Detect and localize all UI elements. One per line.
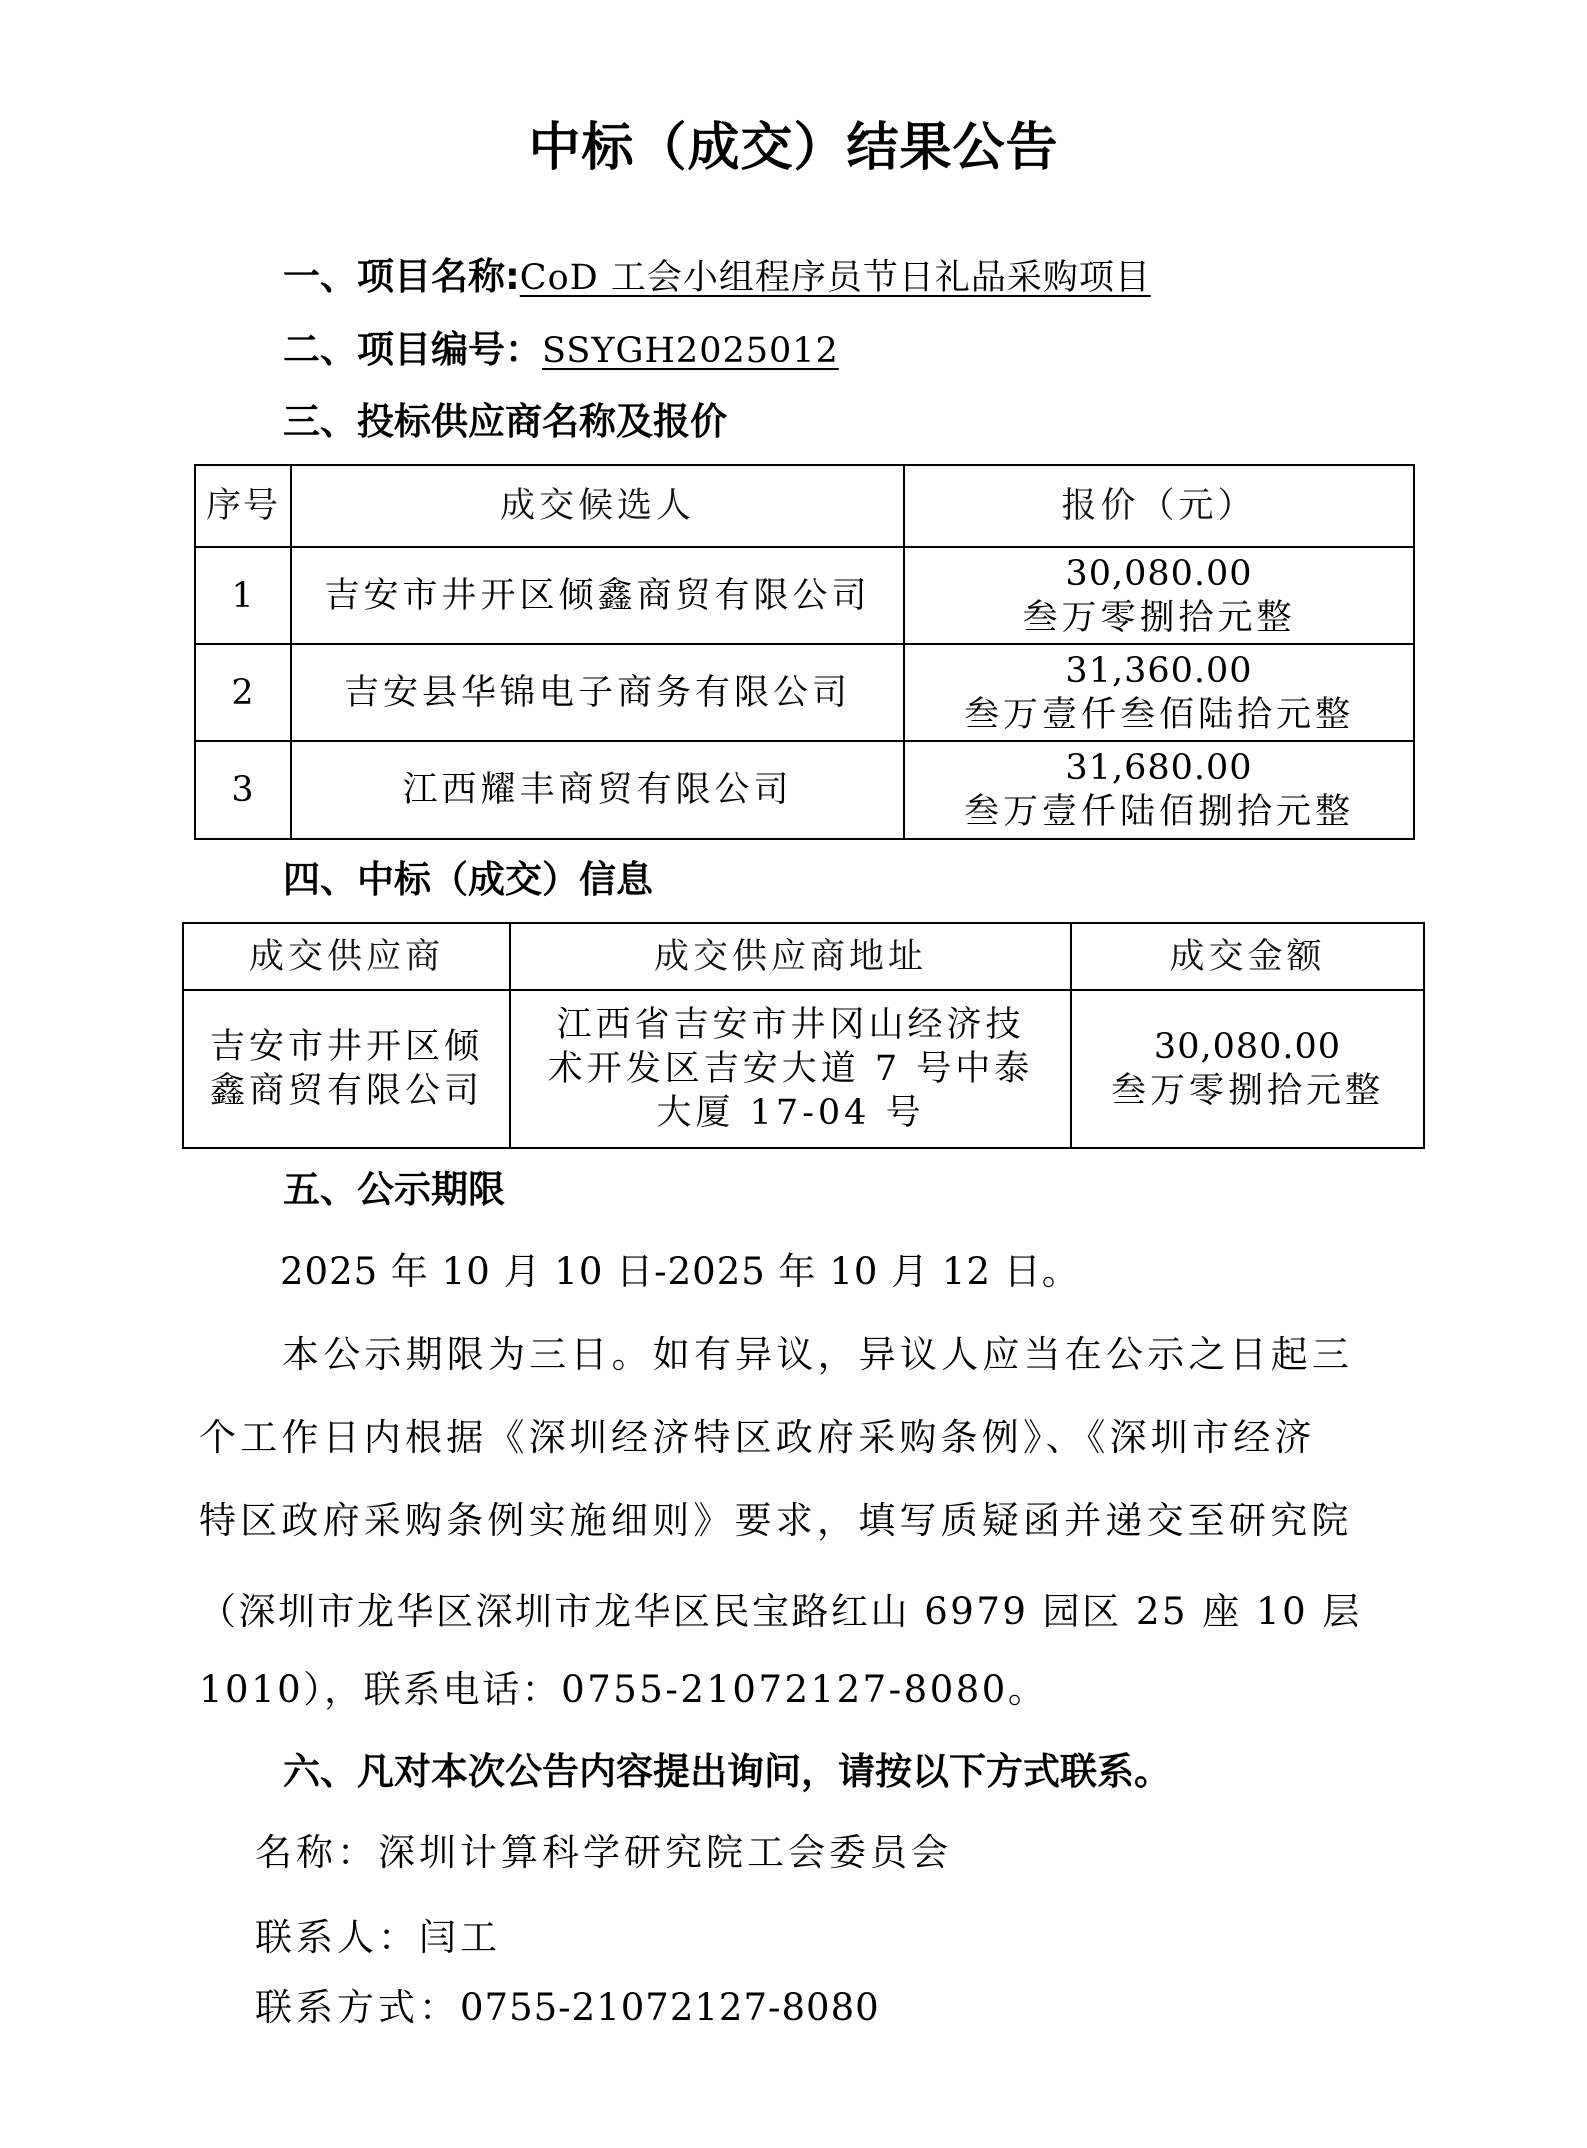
contact-person-value: 闫工 <box>419 1916 501 1959</box>
price-amount: 31,680.00 <box>905 746 1413 790</box>
header-supplier-address: 成交供应商地址 <box>510 923 1071 990</box>
contact-org: 名称：深圳计算科学研究院工会委员会 <box>255 1829 952 1877</box>
project-number-value: SSYGH2025012 <box>542 331 839 371</box>
section-contact-heading: 六、凡对本次公告内容提出询问，请按以下方式联系。 <box>283 1749 1171 1795</box>
award-amount-words: 叁万零捌拾元整 <box>1072 1069 1423 1113</box>
paragraph-line: （深圳市龙华区深圳市龙华区民宝路红山 6979 园区 25 座 10 层 <box>199 1588 1362 1636</box>
section-project-name: 一、项目名称:CoD 工会小组程序员节日礼品采购项目 <box>283 254 1151 300</box>
award-amount-value: 30,080.00 <box>1072 1025 1423 1069</box>
row-price: 31,360.00 叁万壹仟叁佰陆拾元整 <box>904 644 1414 741</box>
paragraph-line: 本公示期限为三日。如有异议，异议人应当在公示之日起三 <box>282 1331 1353 1379</box>
header-seq: 序号 <box>195 465 291 547</box>
paragraph-line: 1010），联系电话：0755-21072127-8080。 <box>199 1666 1047 1714</box>
contact-person-label: 联系人： <box>255 1916 419 1959</box>
contact-org-value: 深圳计算科学研究院工会委员会 <box>378 1831 952 1874</box>
table-row: 吉安市井开区倾 鑫商贸有限公司 江西省吉安市井冈山经济技 术开发区吉安大道 7 … <box>183 990 1424 1148</box>
project-number-label: 二、项目编号： <box>283 328 542 371</box>
price-amount-words: 叁万零捌拾元整 <box>905 596 1413 640</box>
row-seq: 3 <box>195 741 291 839</box>
section-bidders-heading: 三、投标供应商名称及报价 <box>283 399 727 445</box>
section-publicity-heading: 五、公示期限 <box>283 1167 505 1213</box>
paragraph-line: 特区政府采购条例实施细则》要求，填写质疑函并递交至研究院 <box>199 1497 1353 1545</box>
header-award-amount: 成交金额 <box>1071 923 1424 990</box>
row-seq: 2 <box>195 644 291 741</box>
contact-phone: 联系方式：0755-21072127-8080 <box>255 1984 880 2032</box>
address-line: 术开发区吉安大道 7 号中泰 <box>511 1047 1070 1091</box>
row-price: 30,080.00 叁万零捌拾元整 <box>904 547 1414 644</box>
contact-org-label: 名称： <box>255 1831 378 1874</box>
contact-phone-value: 0755-21072127-8080 <box>460 1986 880 2029</box>
row-candidate-name: 江西耀丰商贸有限公司 <box>291 741 904 839</box>
supplier-line: 鑫商贸有限公司 <box>184 1069 509 1113</box>
award-table: 成交供应商 成交供应商地址 成交金额 吉安市井开区倾 鑫商贸有限公司 江西省吉安… <box>182 922 1425 1149</box>
award-address: 江西省吉安市井冈山经济技 术开发区吉安大道 7 号中泰 大厦 17-04 号 <box>510 990 1071 1148</box>
supplier-line: 吉安市井开区倾 <box>184 1025 509 1069</box>
table-row: 1 吉安市井开区倾鑫商贸有限公司 30,080.00 叁万零捌拾元整 <box>195 547 1414 644</box>
row-price: 31,680.00 叁万壹仟陆佰捌拾元整 <box>904 741 1414 839</box>
row-candidate-name: 吉安县华锦电子商务有限公司 <box>291 644 904 741</box>
project-name-value: CoD 工会小组程序员节日礼品采购项目 <box>520 258 1151 298</box>
price-amount-words: 叁万壹仟叁佰陆拾元整 <box>905 693 1413 737</box>
price-amount: 31,360.00 <box>905 649 1413 693</box>
award-table-header: 成交供应商 成交供应商地址 成交金额 <box>183 923 1424 990</box>
price-amount-words: 叁万壹仟陆佰捌拾元整 <box>905 790 1413 834</box>
address-line: 江西省吉安市井冈山经济技 <box>511 1003 1070 1047</box>
bidders-table: 序号 成交候选人 报价（元） 1 吉安市井开区倾鑫商贸有限公司 30,080.0… <box>194 464 1415 840</box>
project-name-label: 一、项目名称: <box>283 255 520 298</box>
paragraph-line: 个工作日内根据《深圳经济特区政府采购条例》、《深圳市经济 <box>199 1414 1316 1462</box>
contact-person: 联系人：闫工 <box>255 1914 501 1962</box>
page-title: 中标（成交）结果公告 <box>0 118 1587 178</box>
row-candidate-name: 吉安市井开区倾鑫商贸有限公司 <box>291 547 904 644</box>
award-supplier: 吉安市井开区倾 鑫商贸有限公司 <box>183 990 510 1148</box>
publicity-period: 2025 年 10 月 10 日-2025 年 10 月 12 日。 <box>280 1248 1080 1296</box>
header-price: 报价（元） <box>904 465 1414 547</box>
table-row: 3 江西耀丰商贸有限公司 31,680.00 叁万壹仟陆佰捌拾元整 <box>195 741 1414 839</box>
section-award-heading: 四、中标（成交）信息 <box>283 857 653 903</box>
award-amount: 30,080.00 叁万零捌拾元整 <box>1071 990 1424 1148</box>
section-project-number: 二、项目编号：SSYGH2025012 <box>283 327 839 373</box>
header-supplier: 成交供应商 <box>183 923 510 990</box>
address-line: 大厦 17-04 号 <box>511 1091 1070 1135</box>
header-candidate: 成交候选人 <box>291 465 904 547</box>
bidders-table-header: 序号 成交候选人 报价（元） <box>195 465 1414 547</box>
contact-phone-label: 联系方式： <box>255 1986 460 2029</box>
table-row: 2 吉安县华锦电子商务有限公司 31,360.00 叁万壹仟叁佰陆拾元整 <box>195 644 1414 741</box>
price-amount: 30,080.00 <box>905 552 1413 596</box>
row-seq: 1 <box>195 547 291 644</box>
